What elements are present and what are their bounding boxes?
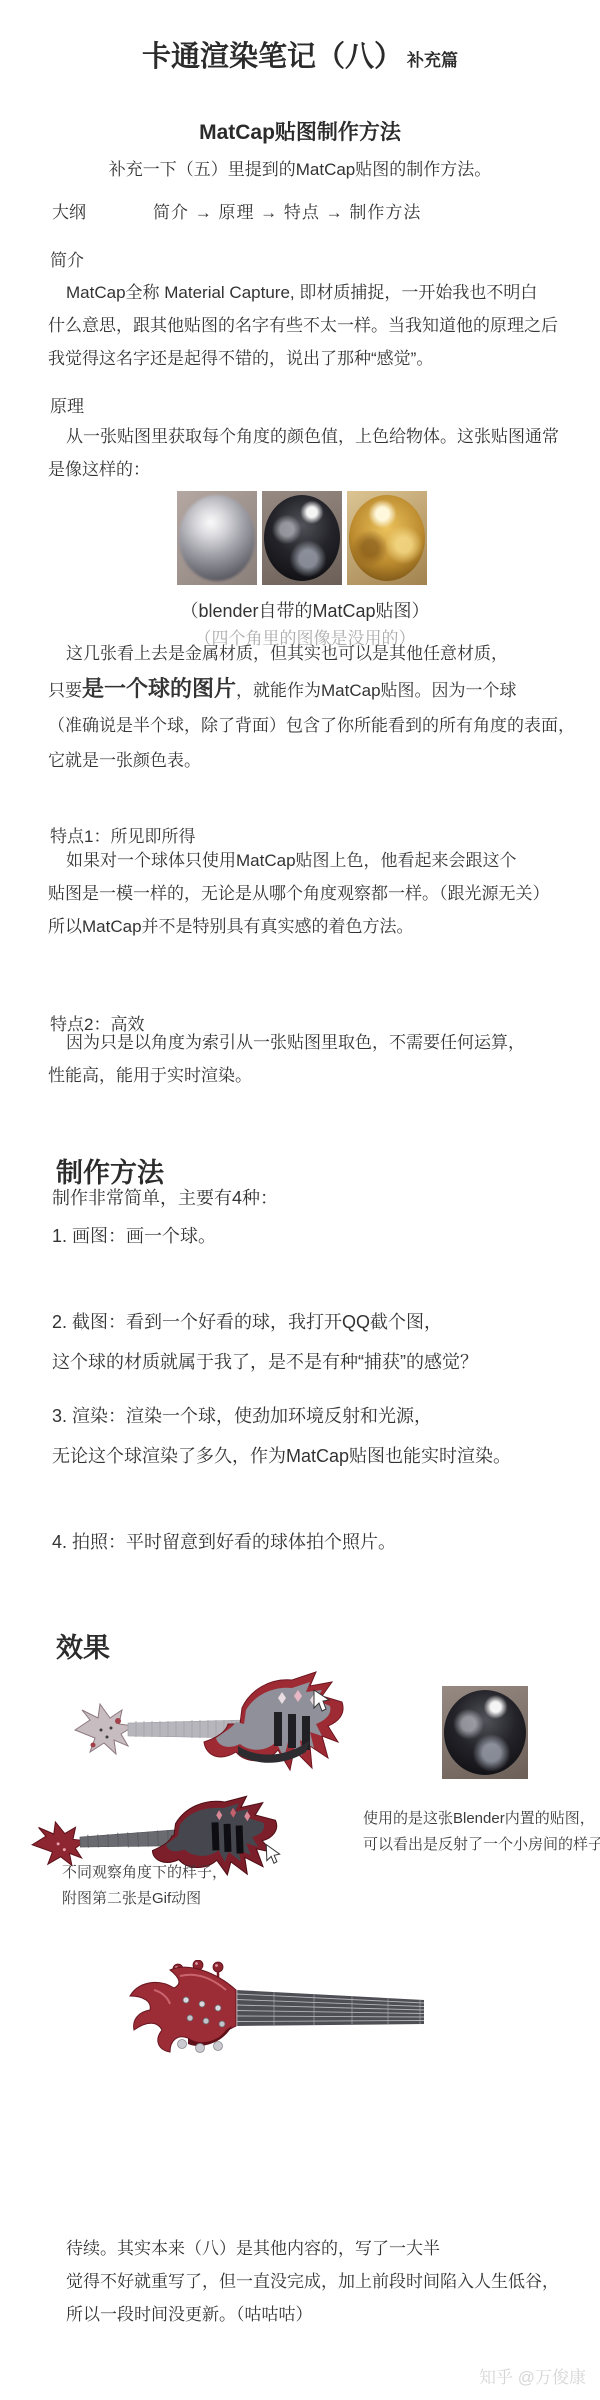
sphere-ball — [179, 495, 255, 581]
tuner-post — [199, 2001, 205, 2007]
section-heading-intro: 简介 — [50, 246, 84, 271]
sphere-ball — [444, 1690, 526, 1775]
effects-caption-left: 不同观察角度下的样子， 附图第二张是Gif动图 — [62, 1860, 227, 1912]
paragraph-line: 是像这样的： — [48, 453, 559, 486]
headstock-accent — [91, 1743, 96, 1748]
method-item: 4. 拍照：平时留意到好看的球体拍个照片。 — [52, 1522, 396, 1562]
tuner-dot — [100, 1729, 103, 1732]
paragraph-line: 贴图是一模一样的，无论是从哪个角度观察都一样。（跟光源无关） — [48, 877, 550, 910]
subheading: 补充一下（五）里提到的MatCap贴图的制作方法。 — [0, 155, 600, 180]
peg-highlight — [195, 1962, 198, 1965]
methods-intro: 制作非常简单，主要有4种： — [52, 1178, 278, 1218]
paragraph-line: 觉得不好就重写了，但一直没完成，加上前段时间陷入人生低谷， — [66, 2265, 559, 2298]
emphasized-text: 是一个球的图片 — [82, 676, 236, 701]
intro-paragraph: MatCap全称 Material Capture, 即材质捕捉，一开始我也不明… — [48, 276, 558, 375]
method-item: 1. 画图：画一个球。 — [52, 1216, 216, 1256]
effects-matcap-sphere-image — [442, 1686, 528, 1779]
principle-paragraph: 从一张贴图里获取每个角度的颜色值，上色给物体。这张贴图通常 是像这样的： — [48, 420, 559, 486]
section-heading-principle: 原理 — [50, 392, 84, 417]
matcap-sphere-dark-chrome-image — [262, 491, 342, 585]
guitar-render-image-3 — [124, 1960, 424, 2060]
peg-highlight — [215, 1964, 218, 1967]
tuner-post — [203, 2018, 209, 2024]
zhihu-watermark: 知乎 @万俊康 — [479, 2363, 586, 2388]
paragraph-line: （准确说是半个球，除了背面）包含了你所能看到的所有角度的表面， — [48, 708, 575, 743]
guitar-render-image-1 — [70, 1668, 370, 1796]
matcap-sphere-gold-image — [347, 491, 427, 585]
tuning-peg-metal — [196, 2044, 205, 2053]
method-item: 3. 渲染：渲染一个球，使劲加环境反射和光源， 无论这个球渲染了多久，作为Mat… — [52, 1396, 511, 1476]
subtitle: MatCap贴图制作方法 — [0, 116, 600, 146]
paragraph-line: 它就是一张颜色表。 — [48, 743, 575, 778]
tuner-post — [183, 1997, 189, 2003]
paragraph-line: 如果对一个球体只使用MatCap贴图上色，他看起来会跟这个 — [48, 844, 550, 877]
paragraph-line: 性能高，能用于实时渲染。 — [48, 1059, 525, 1092]
line-suffix: ，就能作为MatCap贴图。因为一个球 — [236, 681, 517, 700]
article-page: 卡通渲染笔记（八）补充篇 MatCap贴图制作方法 补充一下（五）里提到的Mat… — [0, 0, 600, 2400]
caption-line: 使用的是这张Blender内置的贴图， — [363, 1806, 600, 1832]
method-line: 这个球的材质就属于我了，是不是有种“捕获”的感觉？ — [52, 1342, 478, 1382]
method-line: 无论这个球渲染了多久，作为MatCap贴图也能实时渲染。 — [52, 1436, 511, 1476]
sphere-ball — [264, 495, 340, 581]
tuning-peg-metal — [214, 2042, 223, 2051]
paragraph-line: 待续。其实本来（八）是其他内容的，写了一大半 — [66, 2232, 559, 2265]
outline-label: 大纲 — [52, 198, 86, 223]
guitar-pickup — [274, 1712, 282, 1746]
paragraph-line: 我觉得这名字还是起得不错的，说出了那种“感觉”。 — [48, 342, 558, 375]
guitar-closeup-svg — [124, 1960, 424, 2060]
paragraph-line: 所以一段时间没更新。（咕咕咕） — [66, 2298, 559, 2331]
outline-flow: 简介 → 原理 → 特点 → 制作方法 — [153, 198, 421, 223]
footer-paragraph: 待续。其实本来（八）是其他内容的，写了一大半 觉得不好就重写了，但一直没完成，加… — [66, 2232, 559, 2331]
page-title-row: 卡通渲染笔记（八）补充篇 — [0, 34, 600, 75]
paragraph-line: 因为只是以角度为索引从一张贴图里取色，不需要任何运算， — [48, 1026, 525, 1059]
feature2-paragraph: 因为只是以角度为索引从一张贴图里取色，不需要任何运算， 性能高，能用于实时渲染。 — [48, 1026, 525, 1092]
method-line: 2. 截图：看到一个好看的球，我打开QQ截个图， — [52, 1302, 478, 1342]
section-heading-effects: 效果 — [56, 1626, 110, 1665]
method-line: 3. 渲染：渲染一个球，使劲加环境反射和光源， — [52, 1396, 511, 1436]
effects-caption-right: 使用的是这张Blender内置的贴图， 可以看出是反射了一个小房间的样子 — [363, 1806, 600, 1858]
method-item: 2. 截图：看到一个好看的球，我打开QQ截个图， 这个球的材质就属于我了，是不是… — [52, 1302, 478, 1382]
page-title: 卡通渲染笔记（八） — [142, 41, 403, 73]
material-paragraph: 这几张看上去是金属材质，但其实也可以是其他任意材质， 只要是一个球的图片，就能作… — [48, 636, 575, 778]
paragraph-line: 这几张看上去是金属材质，但其实也可以是其他任意材质， — [48, 636, 575, 671]
tuner-dot — [110, 1727, 113, 1730]
sphere-ball — [349, 495, 425, 581]
feature1-paragraph: 如果对一个球体只使用MatCap贴图上色，他看起来会跟这个 贴图是一模一样的，无… — [48, 844, 550, 943]
cursor-icon — [266, 1844, 280, 1863]
matcap-sphere-silver-image — [177, 491, 257, 585]
guitar-front-svg — [70, 1668, 370, 1796]
caption-line: 可以看出是反射了一个小房间的样子 — [363, 1832, 600, 1858]
paragraph-line: 从一张贴图里获取每个角度的颜色值，上色给物体。这张贴图通常 — [48, 420, 559, 453]
paragraph-line: 所以MatCap并不是特别具有真实感的着色方法。 — [48, 910, 550, 943]
paragraph-line: 什么意思，跟其他贴图的名字有些不太一样。当我知道他的原理之后 — [48, 309, 558, 342]
guitar-pickup — [211, 1822, 219, 1850]
tuner-post — [187, 2015, 193, 2021]
sphere-caption: （blender自带的MatCap贴图） — [0, 597, 600, 623]
tuning-peg-metal — [178, 2040, 187, 2049]
page-title-suffix: 补充篇 — [407, 51, 458, 70]
tuner-post — [215, 2005, 221, 2011]
tuner-post — [219, 2021, 225, 2027]
caption-line: 附图第二张是Gif动图 — [62, 1886, 227, 1912]
paragraph-line: 只要是一个球的图片，就能作为MatCap贴图。因为一个球 — [48, 671, 575, 708]
line-prefix: 只要 — [48, 681, 82, 700]
guitar-headstock — [75, 1704, 134, 1754]
guitar-pickup — [288, 1714, 296, 1748]
paragraph-line: MatCap全称 Material Capture, 即材质捕捉，一开始我也不明… — [48, 276, 558, 309]
guitar-pickup — [236, 1825, 244, 1853]
tuner-dot — [106, 1736, 109, 1739]
tuning-peg — [213, 1962, 223, 1972]
caption-line: 不同观察角度下的样子， — [62, 1860, 227, 1886]
guitar-pickup — [224, 1824, 232, 1852]
headstock-accent — [115, 1718, 121, 1724]
